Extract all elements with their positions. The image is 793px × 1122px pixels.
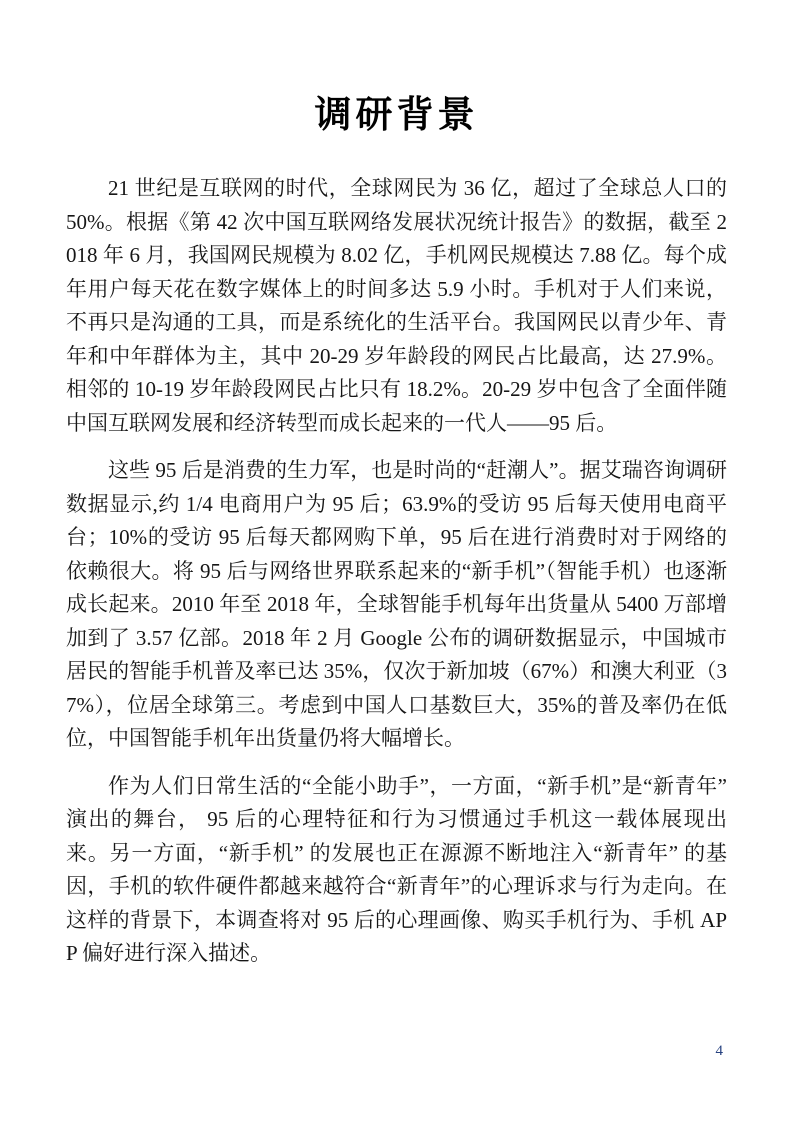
- document-body: 调研背景 21 世纪是互联网的时代，全球网民为 36 亿，超过了全球总人口的 5…: [66, 92, 727, 985]
- page-title: 调研背景: [66, 92, 727, 140]
- paragraph-smartphone-assistant: 作为人们日常生活的“全能小助手”，一方面，“新手机”是“新青年” 演出的舞台， …: [66, 770, 727, 971]
- paragraph-post95-consumers: 这些 95 后是消费的生力军，也是时尚的“赶潮人”。据艾瑞咨询调研数据显示,约 …: [66, 454, 727, 756]
- paragraph-internet-era: 21 世纪是互联网的时代，全球网民为 36 亿，超过了全球总人口的 50%。根据…: [66, 172, 727, 440]
- page-number: 4: [716, 1042, 724, 1060]
- document-page: 调研背景 21 世纪是互联网的时代，全球网民为 36 亿，超过了全球总人口的 5…: [0, 0, 793, 1122]
